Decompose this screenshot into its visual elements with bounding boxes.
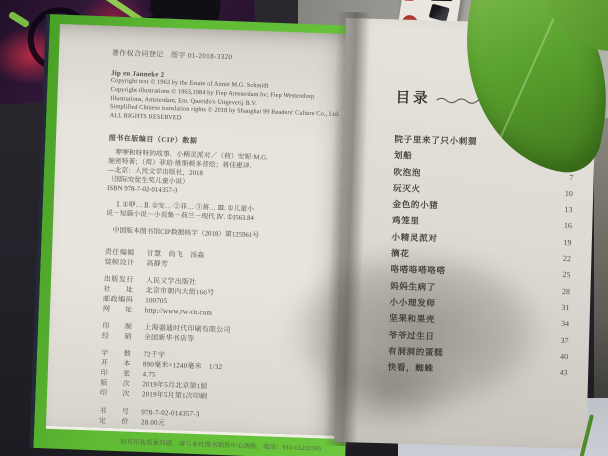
toc-entry-title: 妈妈生病了 [390,280,436,293]
toc-entry-title: 吹泡泡 [393,166,421,179]
toc-entry-title: 小小理发师 [389,296,435,309]
toc-entry-page: 10 [565,189,573,198]
price-label: 定 价 [99,416,129,427]
credit-label: 装帧设计 [104,257,134,268]
toc-entry-title: 坚果和果壳 [389,312,435,325]
toc-entry-page: 37 [560,336,568,345]
toc-entry-title: 金色的小猪 [392,198,438,211]
toc-entry-page: 22 [563,254,571,263]
calligraphy-stroke [429,4,450,22]
toc-entry-page: 13 [564,205,572,214]
toc-entry-title: 鸡笼里 [392,214,420,227]
toc-entry-title: 小精灵派对 [391,231,437,244]
toc-entry-title: 摘花 [391,247,410,260]
toc-entry-title: 有洞洞的蛋糕 [388,345,444,359]
format-label: 印 次 [100,388,130,399]
toc-entry-page: 34 [561,319,569,328]
photo-of-open-book: 著作权合同登记 图字 01-2018-3320 Jip en Janneke 2… [0,0,608,456]
publisher-label: 网 址 [103,304,133,315]
toc-entry-page: 43 [559,368,567,377]
print-value: 全国新华书店等 [144,332,195,344]
toc-entry-title: 爷爷过生日 [388,328,434,341]
toc-entry-page: 16 [564,222,572,231]
calligraphy-stroke [431,0,453,1]
copyright-page-content: 著作权合同登记 图字 01-2018-3320 Jip en Janneke 2… [98,48,344,453]
toc-entry-page: 31 [561,303,569,312]
toc-title: 目录 [395,86,431,108]
price-value: 28.00元 [141,417,165,428]
toc-entry-title: 玩灭火 [393,182,421,195]
toc-entry-page: 19 [563,238,571,247]
toc-entry-page: 7 [569,173,573,182]
credit-value: 高静芳 [146,258,168,269]
desk-edge [594,118,608,408]
toc-entry-page: 25 [562,270,570,279]
toc-entry-title: 咯嗒咯嗒咯嗒 [390,263,446,277]
toc-entry-title: 划船 [394,149,413,162]
toc-entry-title: 院子里来了只小刺猬 [394,133,477,147]
format-value: 4.75 [142,369,155,379]
toc-entry-title: 快看，蜘蛛 [387,361,433,374]
toc-entry-page: 40 [560,352,568,361]
red-label [403,0,416,1]
toc-entry-page: 28 [562,287,570,296]
toc-list: 院子里来了只小刺猬1 划船4 吹泡泡7 玩灭火10 金色的小猪13 鸡笼里16 … [387,133,574,383]
print-label: 经 销 [102,331,132,342]
